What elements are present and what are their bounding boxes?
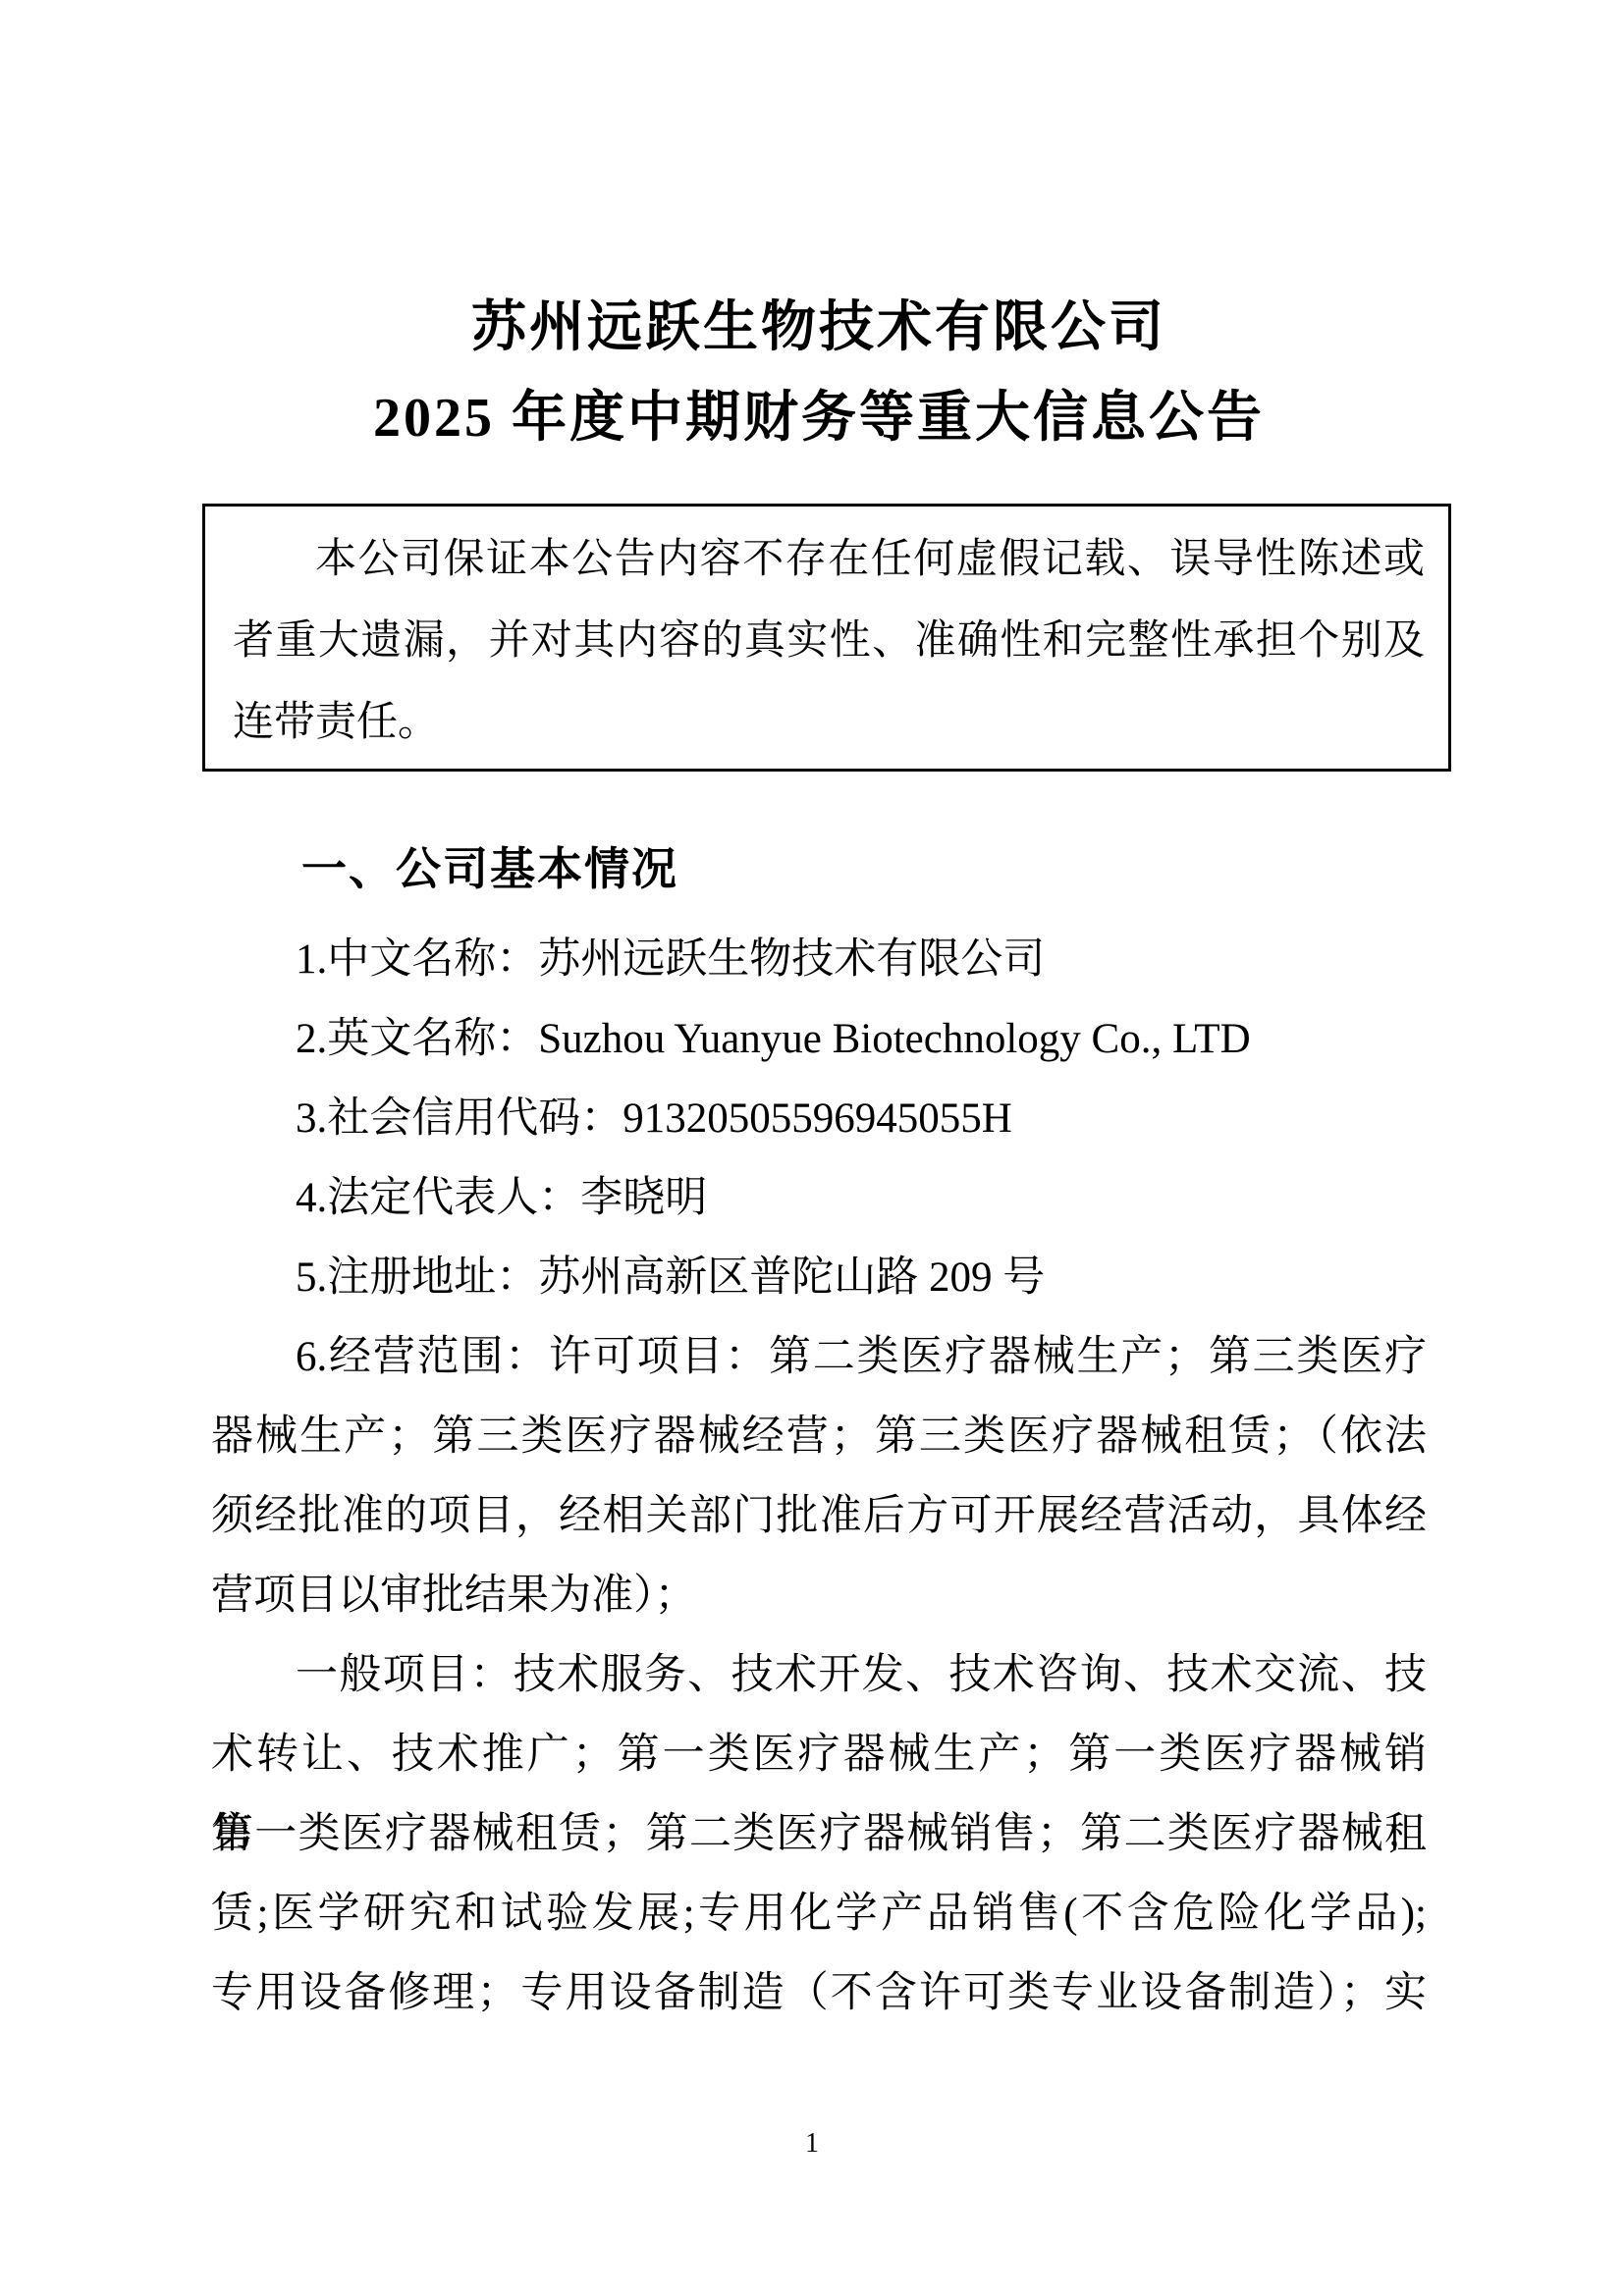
body-line-business-scope: 6.经营范围：许可项目：第二类医疗器械生产；第三类医疗 [211,1317,1427,1397]
body-line-general-items: 术转让、技术推广；第一类医疗器械生产；第一类医疗器械销售； [211,1715,1427,1794]
title-line-2: 2025 年度中期财务等重大信息公告 [211,373,1427,463]
body-line-registered-address: 5.注册地址：苏州高新区普陀山路 209 号 [211,1238,1427,1317]
body-line-legal-representative: 4.法定代表人：李晓明 [211,1158,1427,1238]
disclaimer-line: 者重大遗漏，并对其内容的真实性、准确性和完整性承担个别及 [233,601,1425,682]
disclaimer-line: 连带责任。 [233,682,1425,764]
page-number: 1 [0,2127,1624,2161]
body-line-credit-code: 3.社会信用代码：91320505596945055H [211,1079,1427,1158]
body-line-general-items: 专用设备修理；专用设备制造（不含许可类专业设备制造）；实 [211,1953,1427,2033]
title-line-1: 苏州远跃生物技术有限公司 [211,283,1427,373]
document-page: 苏州远跃生物技术有限公司 2025 年度中期财务等重大信息公告 本公司保证本公告… [0,0,1624,2296]
body-line-general-items: 第一类医疗器械租赁；第二类医疗器械销售；第二类医疗器械租 [211,1794,1427,1874]
body-line-general-items: 赁;医学研究和试验发展;专用化学产品销售(不含危险化学品); [211,1874,1427,1953]
section-heading: 一、公司基本情况 [211,829,1427,908]
body-line-general-items: 一般项目：技术服务、技术开发、技术咨询、技术交流、技 [211,1635,1427,1715]
body-line-business-scope: 器械生产；第三类医疗器械经营；第三类医疗器械租赁；（依法 [211,1397,1427,1476]
body-line-english-name: 2.英文名称：Suzhou Yuanyue Biotechnology Co.,… [211,999,1427,1079]
body-line-business-scope: 须经批准的项目，经相关部门批准后方可开展经营活动，具体经 [211,1476,1427,1556]
disclaimer-line: 本公司保证本公告内容不存在任何虚假记载、误导性陈述或 [233,519,1425,601]
document-body: 1.中文名称：苏州远跃生物技术有限公司 2.英文名称：Suzhou Yuanyu… [211,920,1427,2033]
disclaimer-box: 本公司保证本公告内容不存在任何虚假记载、误导性陈述或 者重大遗漏，并对其内容的真… [202,504,1451,772]
document-title: 苏州远跃生物技术有限公司 2025 年度中期财务等重大信息公告 [211,283,1427,463]
body-line-chinese-name: 1.中文名称：苏州远跃生物技术有限公司 [211,920,1427,999]
body-line-business-scope: 营项目以审批结果为准）； [211,1556,1427,1635]
